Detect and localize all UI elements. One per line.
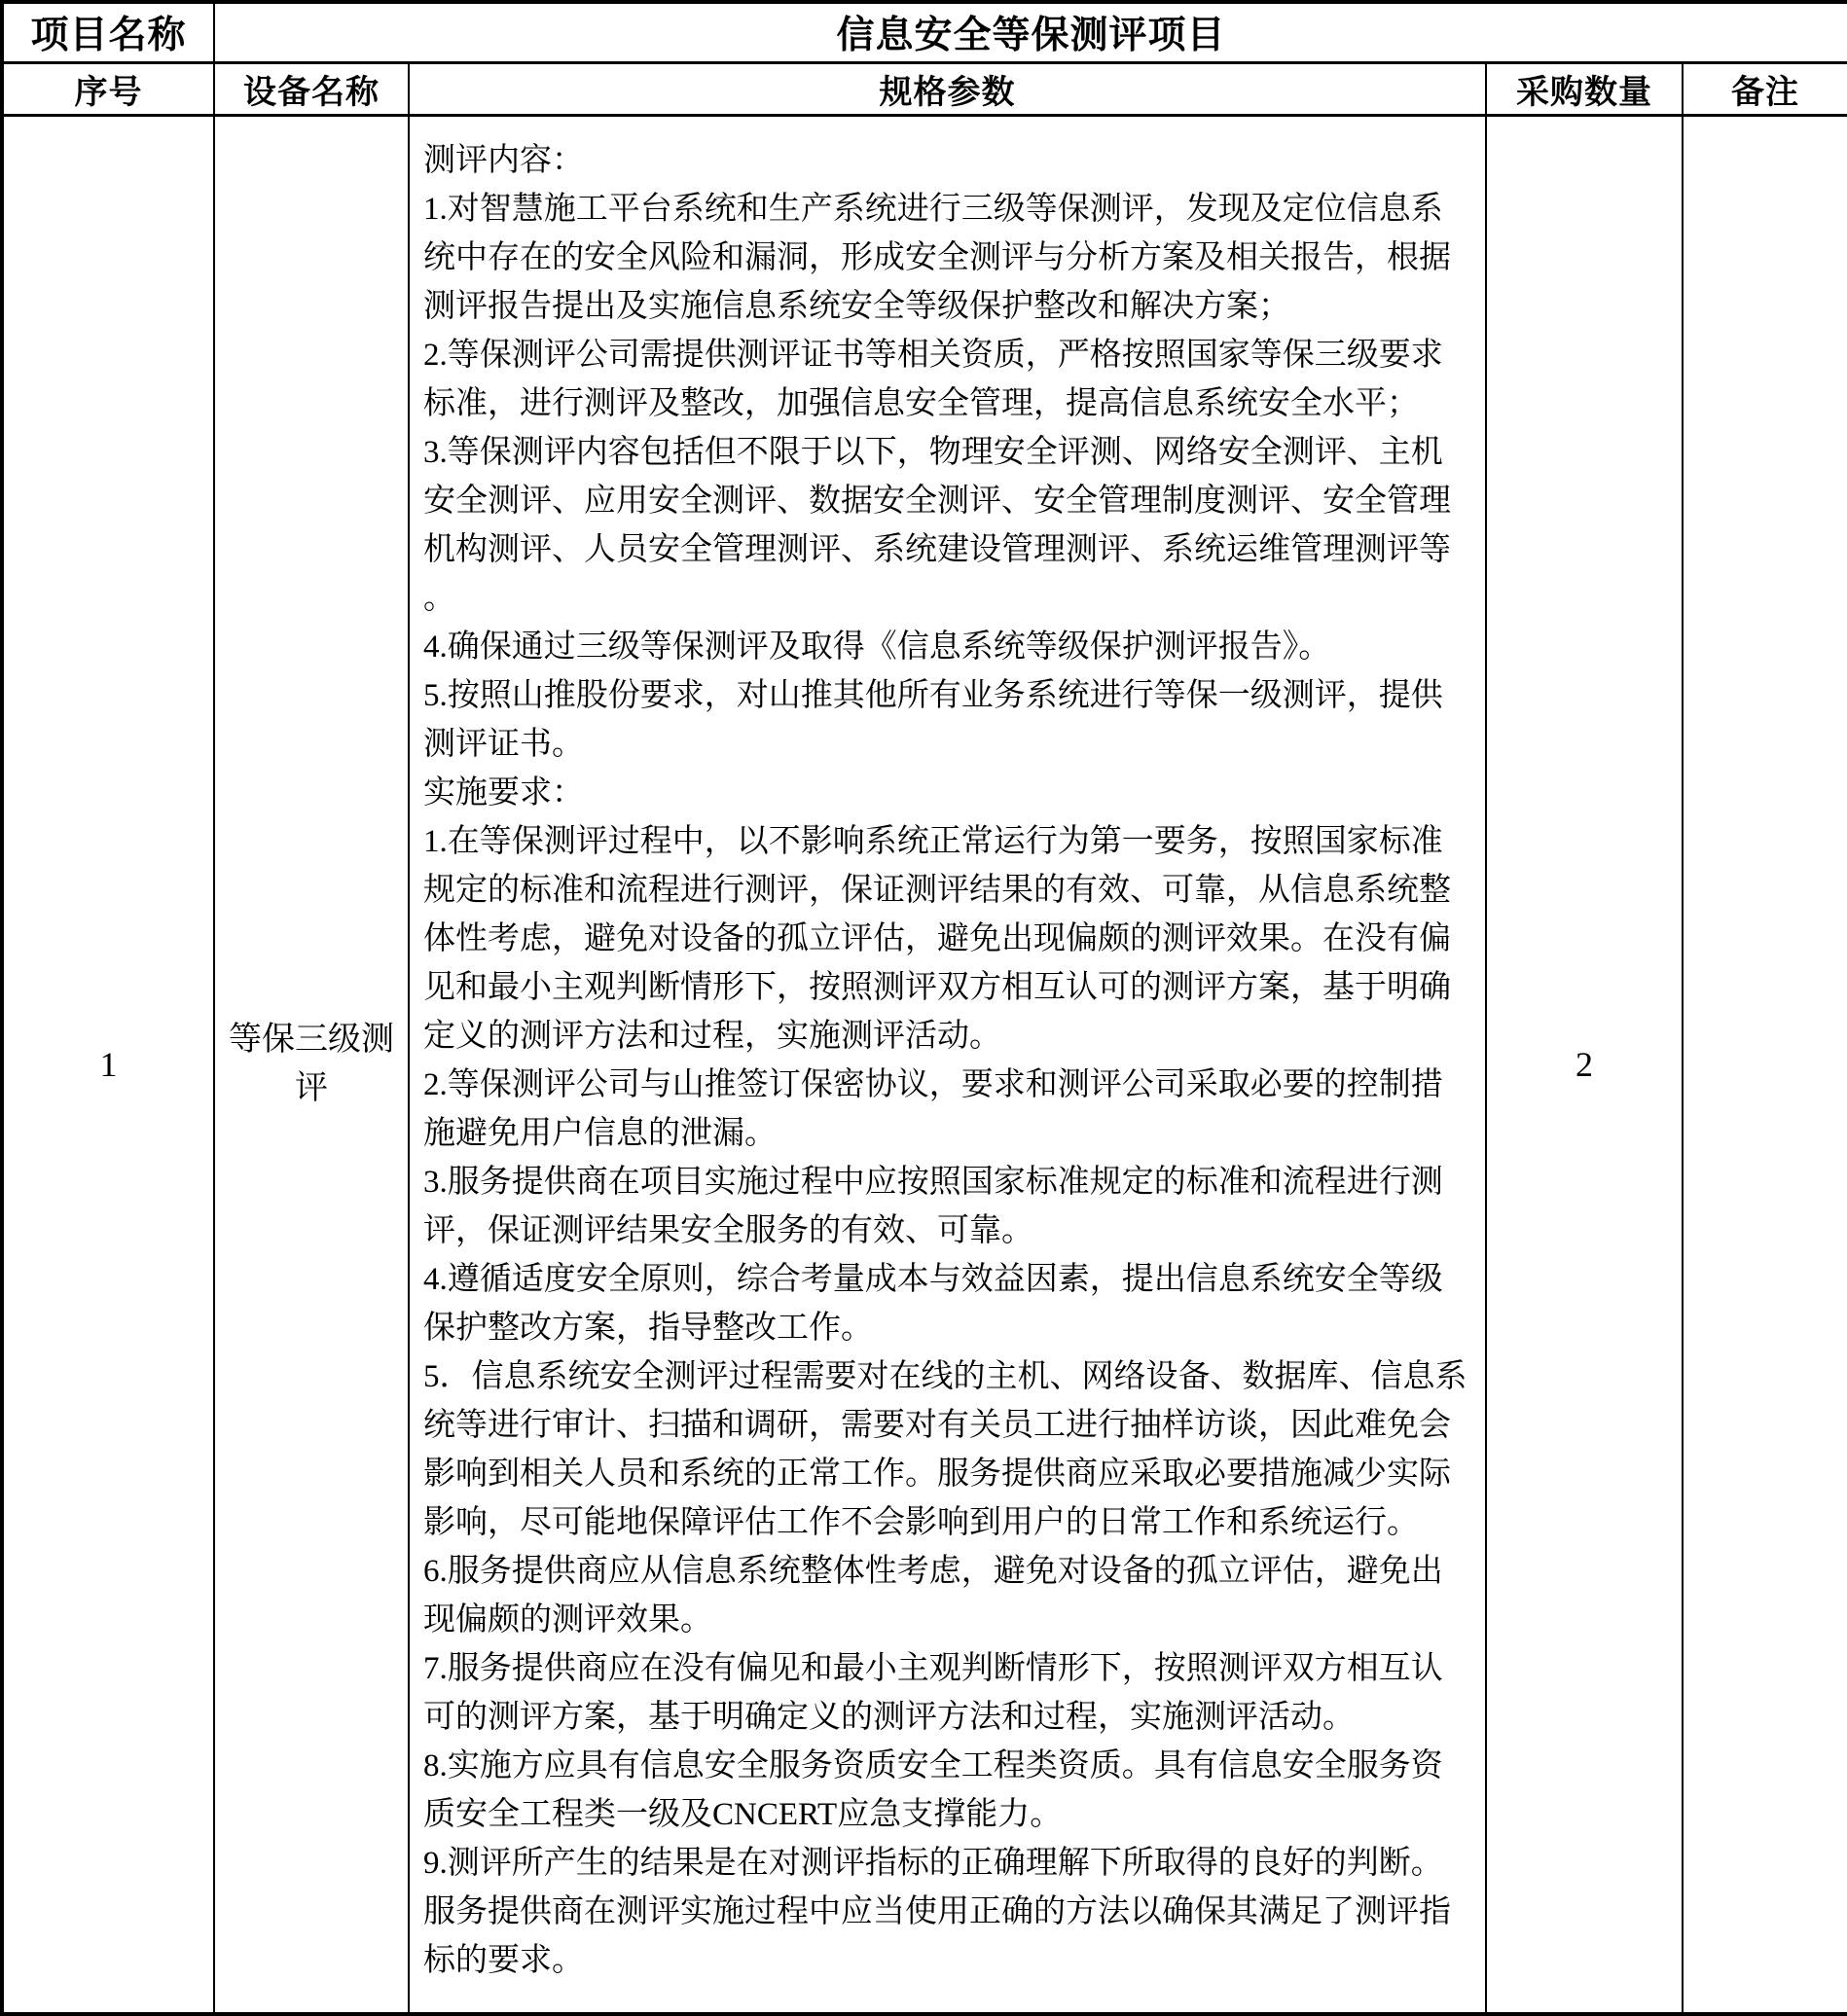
device-name-value: 等保三级测评 [229,1022,394,1106]
spec-line: 现偏颇的测评效果。 [423,1596,1477,1644]
col-header-note: 备注 [1683,62,1847,115]
project-title: 信息安全等保测评项目 [837,15,1226,56]
spec-line: 。 [423,574,1477,623]
purchase-qty-value: 2 [1575,1045,1593,1084]
cell-note [1683,115,1847,2014]
spec-line: 影响到相关人员和系统的正常工作。服务提供商应采取必要措施减少实际 [423,1450,1477,1498]
spec-line: 测评内容： [423,136,1477,185]
seq-value: 1 [100,1045,118,1084]
spec-line: 施避免用户信息的泄漏。 [423,1109,1477,1158]
spec-line: 测评证书。 [423,720,1477,769]
spec-line: 可的测评方案，基于明确定义的测评方法和过程，实施测评活动。 [423,1693,1477,1742]
spec-line: 6.服务提供商应从信息系统整体性考虑，避免对设备的孤立评估，避免出 [423,1547,1477,1596]
project-name-label: 项目名称 [30,15,186,56]
spec-line: 安全测评、应用安全测评、数据安全测评、安全管理制度测评、安全管理 [423,477,1477,525]
spec-line: 3.服务提供商在项目实施过程中应按照国家标准规定的标准和流程进行测 [423,1158,1477,1206]
spec-line: 8.实施方应具有信息安全服务资质安全工程类资质。具有信息安全服务资 [423,1742,1477,1790]
spec-line: 统中存在的安全风险和漏洞，形成安全测评与分析方案及相关报告，根据 [423,234,1477,282]
cell-purchase-qty: 2 [1486,115,1683,2014]
spec-line: 服务提供商在测评实施过程中应当使用正确的方法以确保其满足了测评指 [423,1888,1477,1936]
col-header-note-label: 备注 [1731,75,1799,111]
project-title-cell: 信息安全等保测评项目 [214,2,1847,62]
cell-device-name: 等保三级测评 [214,115,409,2014]
spec-line: 4.确保通过三级等保测评及取得《信息系统等级保护测评报告》。 [423,623,1477,671]
table-row: 1 等保三级测评 测评内容：1.对智慧施工平台系统和生产系统进行三级等保测评，发… [2,115,1847,2014]
spec-line: 规定的标准和流程进行测评，保证测评结果的有效、可靠，从信息系统整 [423,866,1477,915]
spec-line: 标的要求。 [423,1936,1477,1985]
spec-line: 评，保证测评结果安全服务的有效、可靠。 [423,1206,1477,1255]
spec-line: 测评报告提出及实施信息系统安全等级保护整改和解决方案； [423,282,1477,331]
spec-line: 2.等保测评公司与山推签订保密协议，要求和测评公司采取必要的控制措 [423,1061,1477,1109]
spec-line: 影响，尽可能地保障评估工作不会影响到用户的日常工作和系统运行。 [423,1498,1477,1547]
spec-text-block: 测评内容：1.对智慧施工平台系统和生产系统进行三级等保测评，发现及定位信息系统中… [410,117,1485,1985]
col-header-qty: 采购数量 [1486,62,1683,115]
col-header-device-label: 设备名称 [243,75,380,111]
spec-line: 9.测评所产生的结果是在对测评指标的正确理解下所取得的良好的判断。 [423,1839,1477,1888]
spec-line: 机构测评、人员安全管理测评、系统建设管理测评、系统运维管理测评等 [423,525,1477,574]
spec-line: 4.遵循适度安全原则，综合考量成本与效益因素，提出信息系统安全等级 [423,1255,1477,1304]
col-header-device: 设备名称 [214,62,409,115]
spec-line: 保护整改方案，指导整改工作。 [423,1304,1477,1352]
col-header-qty-label: 采购数量 [1516,75,1652,111]
spec-line: 统等进行审计、扫描和调研，需要对有关员工进行抽样访谈，因此难免会 [423,1401,1477,1450]
spec-line: 质安全工程类一级及CNCERT应急支撑能力。 [423,1790,1477,1839]
spec-line: 1.对智慧施工平台系统和生产系统进行三级等保测评，发现及定位信息系 [423,185,1477,234]
col-header-seq-label: 序号 [75,75,143,111]
spec-line: 1.在等保测评过程中，以不影响系统正常运行为第一要务，按照国家标准 [423,817,1477,866]
spec-line: 3.等保测评内容包括但不限于以下，物理安全评测、网络安全测评、主机 [423,428,1477,477]
spec-line: 定义的测评方法和过程，实施测评活动。 [423,1012,1477,1061]
col-header-spec-label: 规格参数 [880,75,1016,111]
project-header-row: 项目名称 信息安全等保测评项目 [2,2,1847,62]
project-name-label-cell: 项目名称 [2,2,214,62]
col-header-spec: 规格参数 [409,62,1486,115]
procurement-spec-table: 项目名称 信息安全等保测评项目 序号 设备名称 规格参数 采购数量 备注 1 等… [0,0,1847,2016]
spec-line: 体性考虑，避免对设备的孤立评估，避免出现偏颇的测评效果。在没有偏 [423,915,1477,963]
col-header-seq: 序号 [2,62,214,115]
spec-line: 5．信息系统安全测评过程需要对在线的主机、网络设备、数据库、信息系 [423,1352,1477,1401]
spec-line: 实施要求： [423,769,1477,817]
spec-line: 标准，进行测评及整改，加强信息安全管理，提高信息系统安全水平； [423,379,1477,428]
cell-spec-params: 测评内容：1.对智慧施工平台系统和生产系统进行三级等保测评，发现及定位信息系统中… [409,115,1486,2014]
spec-line: 见和最小主观判断情形下，按照测评双方相互认可的测评方案，基于明确 [423,963,1477,1012]
spec-line: 2.等保测评公司需提供测评证书等相关资质，严格按照国家等保三级要求 [423,331,1477,379]
cell-seq: 1 [2,115,214,2014]
spec-line: 7.服务提供商应在没有偏见和最小主观判断情形下，按照测评双方相互认 [423,1644,1477,1693]
spec-line: 5.按照山推股份要求，对山推其他所有业务系统进行等保一级测评，提供 [423,671,1477,720]
column-header-row: 序号 设备名称 规格参数 采购数量 备注 [2,62,1847,115]
